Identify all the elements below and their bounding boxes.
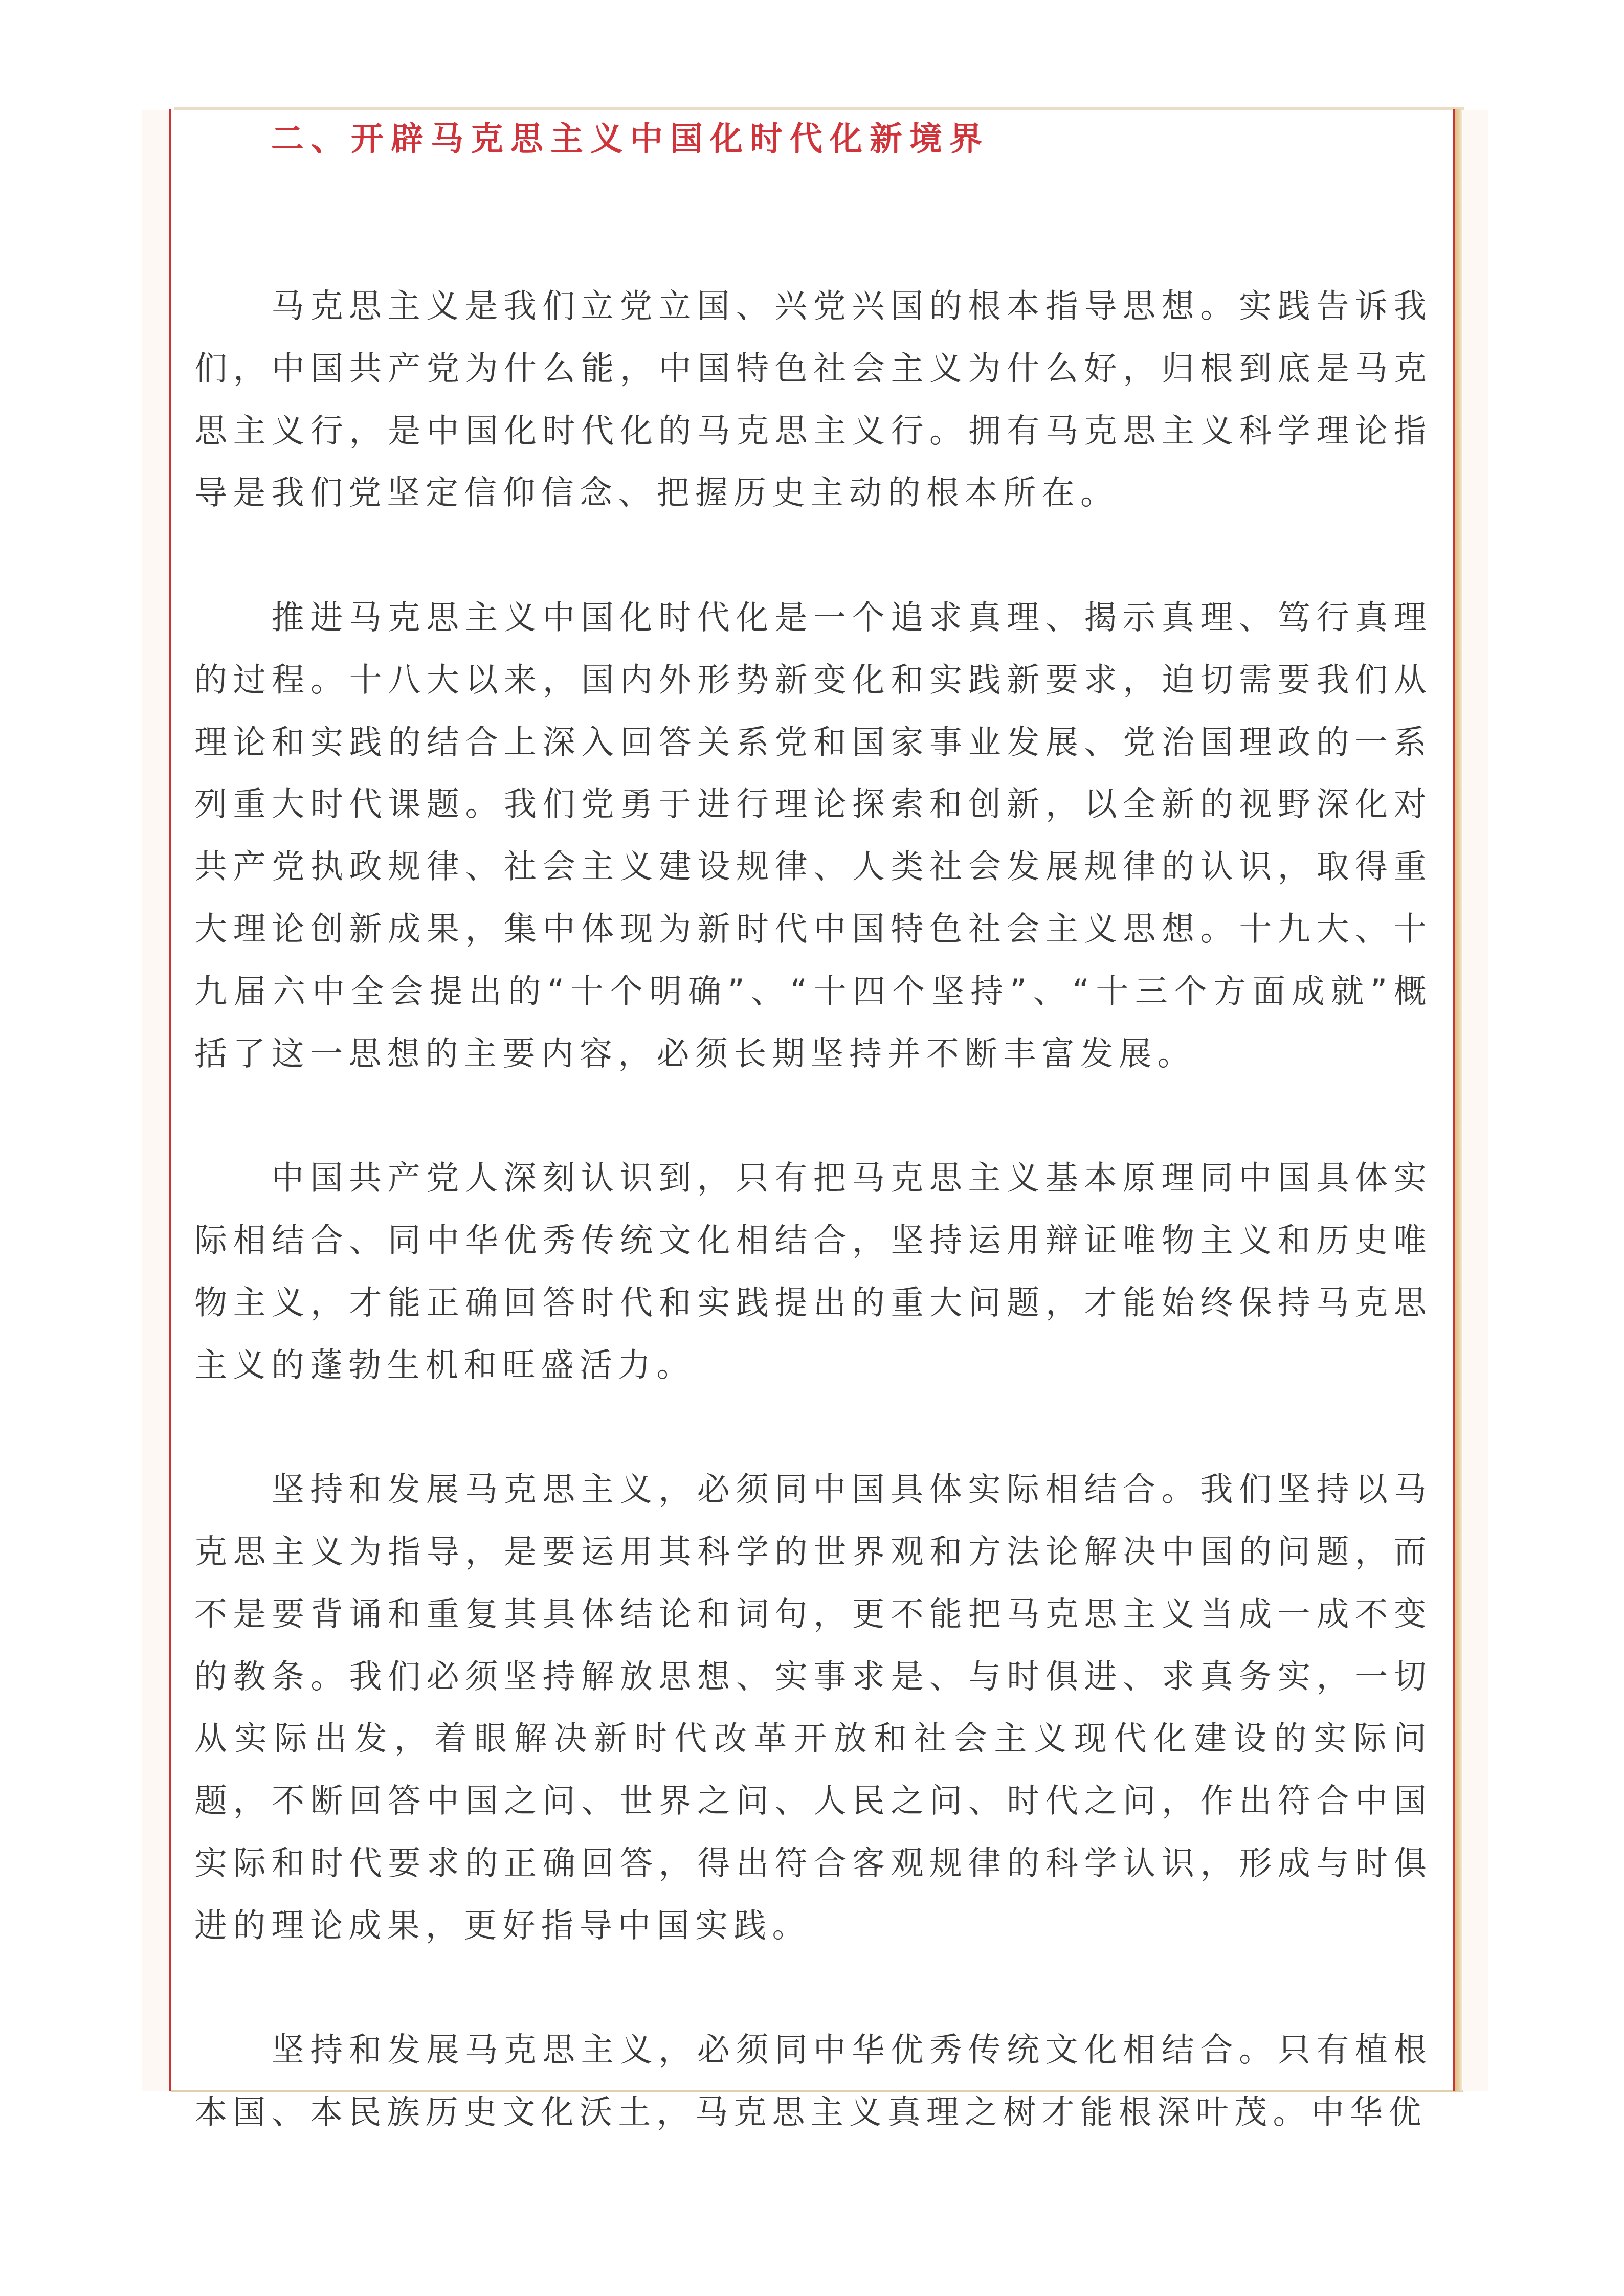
frame-right-gold-border xyxy=(1455,109,1462,2091)
section-title: 二、开辟马克思主义中国化时代化新境界 xyxy=(194,108,1432,170)
paragraph-3: 中国共产党人深刻认识到，只有把马克思主义基本原理同中国具体实际相结合、同中华优秀… xyxy=(194,1147,1432,1397)
paragraph-5: 坚持和发展马克思主义，必须同中华优秀传统文化相结合。只有植根本国、本民族历史文化… xyxy=(194,2019,1432,2144)
frame-left-red-border xyxy=(169,109,171,2091)
paragraph-4: 坚持和发展马克思主义，必须同中国具体实际相结合。我们坚持以马克思主义为指导，是要… xyxy=(194,1459,1432,1957)
paragraph-1: 马克思主义是我们立党立国、兴党兴国的根本指导思想。实践告诉我们，中国共产党为什么… xyxy=(194,276,1432,525)
title-spacer xyxy=(194,170,1432,276)
article-content: 二、开辟马克思主义中国化时代化新境界 马克思主义是我们立党立国、兴党兴国的根本指… xyxy=(194,108,1432,2144)
paragraph-2: 推进马克思主义中国化时代化是一个追求真理、揭示真理、笃行真理的过程。十八大以来，… xyxy=(194,587,1432,1085)
